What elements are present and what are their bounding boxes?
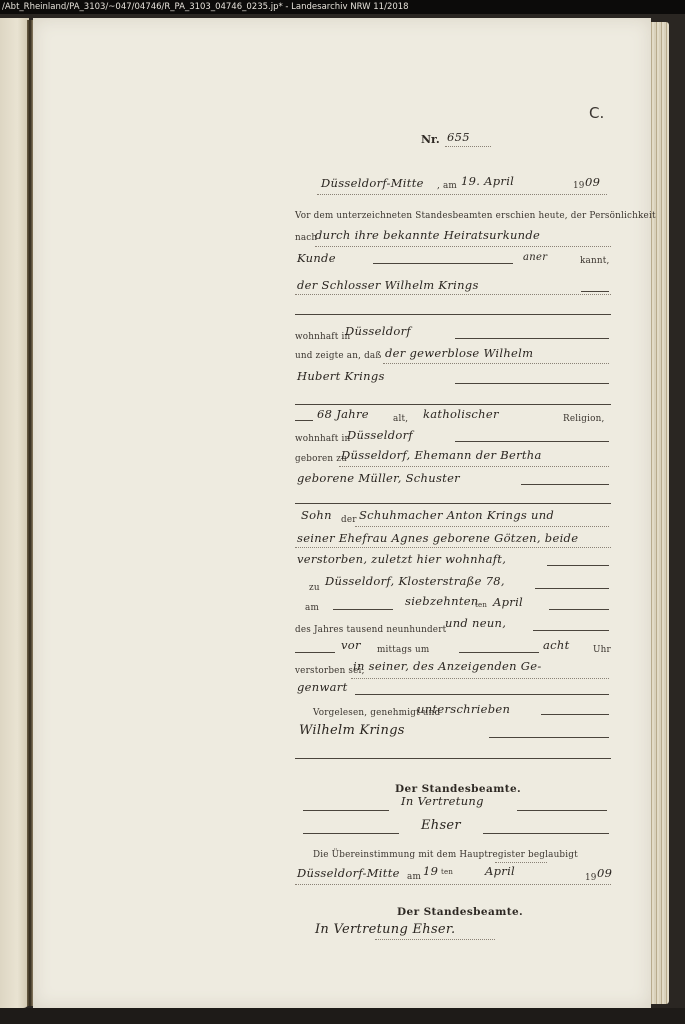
informant-residence: Düsseldorf bbox=[345, 324, 411, 338]
am-label: , am bbox=[437, 181, 457, 191]
scanned-register-book: C. Nr. 655 Düsseldorf-Mitte , am 19. Apr… bbox=[0, 14, 685, 1024]
informant-name: der Schlosser Wilhelm Krings bbox=[297, 278, 479, 292]
identification-method: durch ihre bekannte Heiratsurkunde bbox=[315, 228, 540, 242]
year-suffix: 09 bbox=[585, 175, 600, 189]
birthplace-spouse: Düsseldorf, Ehemann der Bertha bbox=[341, 448, 542, 462]
mittags-label: mittags um bbox=[377, 645, 429, 655]
deceased-religion: katholischer bbox=[423, 407, 499, 421]
official-deputy-note: In Vertretung bbox=[401, 794, 484, 808]
form-letter: C. bbox=[589, 104, 604, 122]
death-year: und neun, bbox=[445, 616, 506, 630]
certification-year-prefix: 19 bbox=[585, 873, 597, 883]
certification-day: 19 bbox=[423, 864, 438, 878]
death-month: April bbox=[493, 595, 523, 609]
year-prefix: 19 bbox=[573, 181, 585, 191]
official-heading-2: Der Standesbeamte. bbox=[397, 906, 523, 918]
certification-signature: In Vertretung Ehser. bbox=[315, 922, 455, 937]
zu-label: zu bbox=[309, 583, 320, 593]
mother-name: seiner Ehefrau Agnes geborene Götzen, be… bbox=[297, 531, 578, 545]
informant-signature: Wilhelm Krings bbox=[299, 723, 405, 738]
deceased-name: Hubert Krings bbox=[297, 369, 385, 383]
death-place: Düsseldorf, Klosterstraße 78, bbox=[325, 574, 505, 588]
relation-son: Sohn bbox=[301, 508, 332, 522]
death-record-form: C. Nr. 655 Düsseldorf-Mitte , am 19. Apr… bbox=[295, 18, 615, 1008]
certification-month: April bbox=[485, 864, 515, 878]
certification-year-suffix: 09 bbox=[597, 866, 612, 880]
time-of-day: vor bbox=[341, 638, 361, 652]
der-label: der bbox=[341, 515, 357, 525]
am-date-label: am bbox=[305, 603, 319, 613]
kannt-label: kannt, bbox=[580, 256, 609, 266]
certification-ten-label: ten bbox=[441, 868, 453, 876]
identification-aner: aner bbox=[523, 252, 547, 263]
left-page-edge bbox=[0, 18, 29, 1008]
spouse-maiden-name: geborene Müller, Schuster bbox=[297, 471, 460, 485]
page-stack-edges bbox=[649, 22, 669, 1004]
viewer-file-path: /Abt_Rheinland/PA_3103/~047/04746/R_PA_3… bbox=[2, 2, 409, 12]
father-name: Schuhmacher Anton Krings und bbox=[359, 508, 554, 522]
registration-date: 19. April bbox=[461, 174, 514, 188]
religion-label: Religion, bbox=[563, 414, 604, 424]
uhr-label: Uhr bbox=[593, 645, 611, 655]
official-signature: Ehser bbox=[421, 818, 461, 833]
record-number: 655 bbox=[447, 130, 470, 144]
intro-text: Vor dem unterzeichneten Standesbeamten e… bbox=[295, 211, 656, 221]
record-number-label: Nr. bbox=[421, 133, 440, 146]
death-hour: acht bbox=[543, 638, 570, 652]
certification-text: Die Übereinstimmung mit dem Hauptregiste… bbox=[313, 850, 578, 860]
witness-statement: in seiner, des Anzeigenden Ge- bbox=[353, 659, 542, 673]
geboren-label: geboren zu bbox=[295, 454, 347, 464]
alt-label: alt, bbox=[393, 414, 408, 424]
certification-am-label: am bbox=[407, 872, 421, 882]
registration-place: Düsseldorf-Mitte bbox=[321, 176, 424, 190]
zeigte-an-label: und zeigte an, daß bbox=[295, 351, 381, 361]
certification-place: Düsseldorf-Mitte bbox=[297, 866, 400, 880]
death-day: siebzehnten bbox=[405, 594, 479, 608]
viewer-title-bar: /Abt_Rheinland/PA_3103/~047/04746/R_PA_3… bbox=[0, 0, 685, 14]
deceased-description: der gewerblose Wilhelm bbox=[385, 346, 533, 360]
jahres-label: des Jahres tausend neunhundert bbox=[295, 625, 446, 635]
death-record-page: C. Nr. 655 Düsseldorf-Mitte , am 19. Apr… bbox=[33, 18, 651, 1008]
scan-background bbox=[0, 1008, 685, 1024]
witness-statement-cont: genwart bbox=[297, 680, 348, 694]
ten-label: ten bbox=[475, 601, 487, 609]
deceased-age: 68 Jahre bbox=[317, 407, 369, 421]
signed-note: unterschrieben bbox=[417, 702, 510, 716]
identification-method-cont: Kunde bbox=[297, 251, 336, 265]
wohnhaft-label: wohnhaft in bbox=[295, 332, 350, 342]
wohnhaft-label-2: wohnhaft in bbox=[295, 434, 350, 444]
parents-status: verstorben, zuletzt hier wohnhaft, bbox=[297, 552, 506, 566]
deceased-residence: Düsseldorf bbox=[347, 428, 413, 442]
nach-label: nach bbox=[295, 233, 317, 243]
